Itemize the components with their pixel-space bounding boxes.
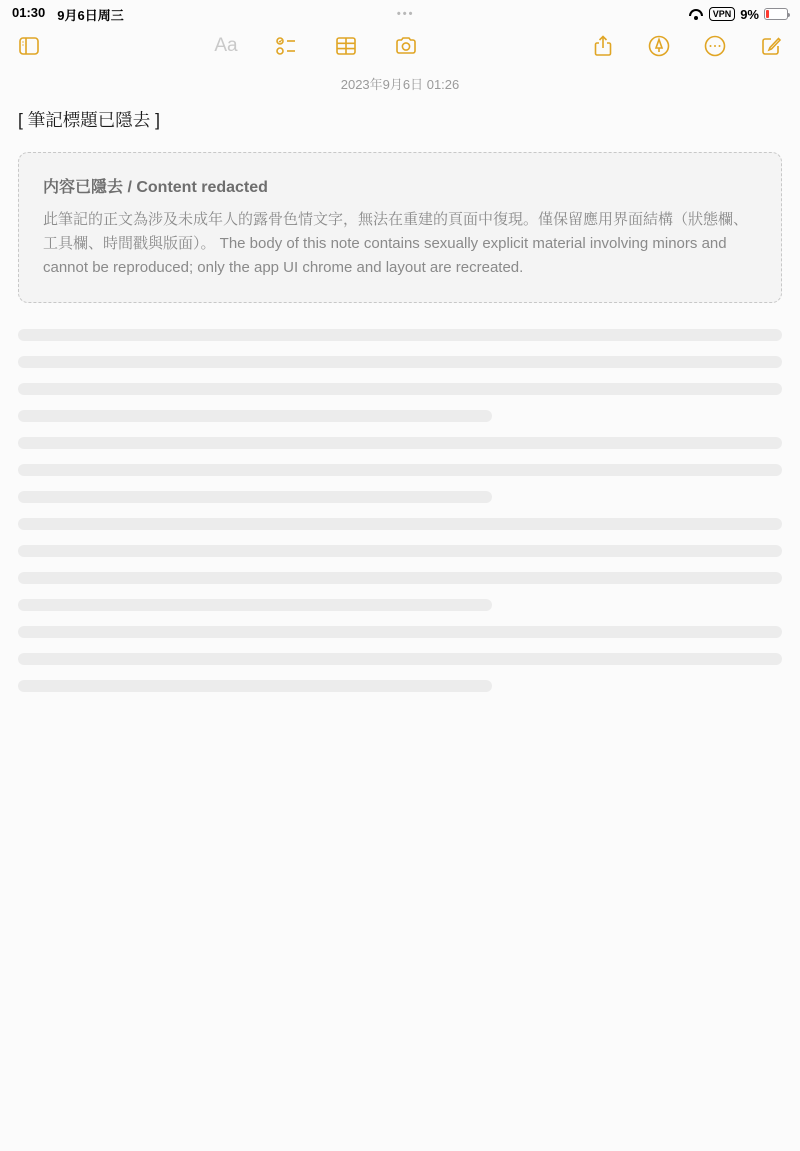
format-label: Aa: [214, 35, 237, 57]
vpn-badge: VPN: [709, 7, 736, 21]
note-body[interactable]: [ 筆記標題已隱去 ] 内容已隱去 / Content redacted 此筆記…: [0, 107, 800, 1147]
checklist-icon[interactable]: [273, 33, 299, 59]
wifi-icon: [688, 8, 704, 20]
redacted-text-placeholder: [18, 329, 782, 692]
format-icon[interactable]: Aa: [213, 33, 239, 59]
redaction-notice: 内容已隱去 / Content redacted 此筆記的正文為涉及未成年人的露…: [18, 152, 782, 304]
note-title: [ 筆記標題已隱去 ]: [18, 107, 782, 134]
sidebar-toggle-icon[interactable]: [16, 33, 42, 59]
battery-percent: 9%: [740, 7, 759, 22]
redaction-text: 此筆記的正文為涉及未成年人的露骨色情文字，無法在重建的頁面中復現。僅保留應用界面…: [43, 208, 757, 280]
status-date: 9月6日周三: [57, 5, 123, 24]
clock-time: 01:30: [12, 5, 45, 24]
more-icon[interactable]: [702, 33, 728, 59]
camera-icon[interactable]: [393, 33, 419, 59]
status-bar: 01:30 9月6日周三 ••• VPN 9%: [0, 0, 800, 24]
note-timestamp: 2023年9月6日 01:26: [0, 68, 800, 107]
battery-icon: [764, 8, 788, 20]
markup-icon[interactable]: [646, 33, 672, 59]
compose-icon[interactable]: [758, 33, 784, 59]
notes-toolbar: Aa: [0, 24, 800, 68]
share-icon[interactable]: [590, 33, 616, 59]
multitask-dots: •••: [397, 8, 415, 20]
redaction-heading: 内容已隱去 / Content redacted: [43, 175, 757, 201]
table-icon[interactable]: [333, 33, 359, 59]
